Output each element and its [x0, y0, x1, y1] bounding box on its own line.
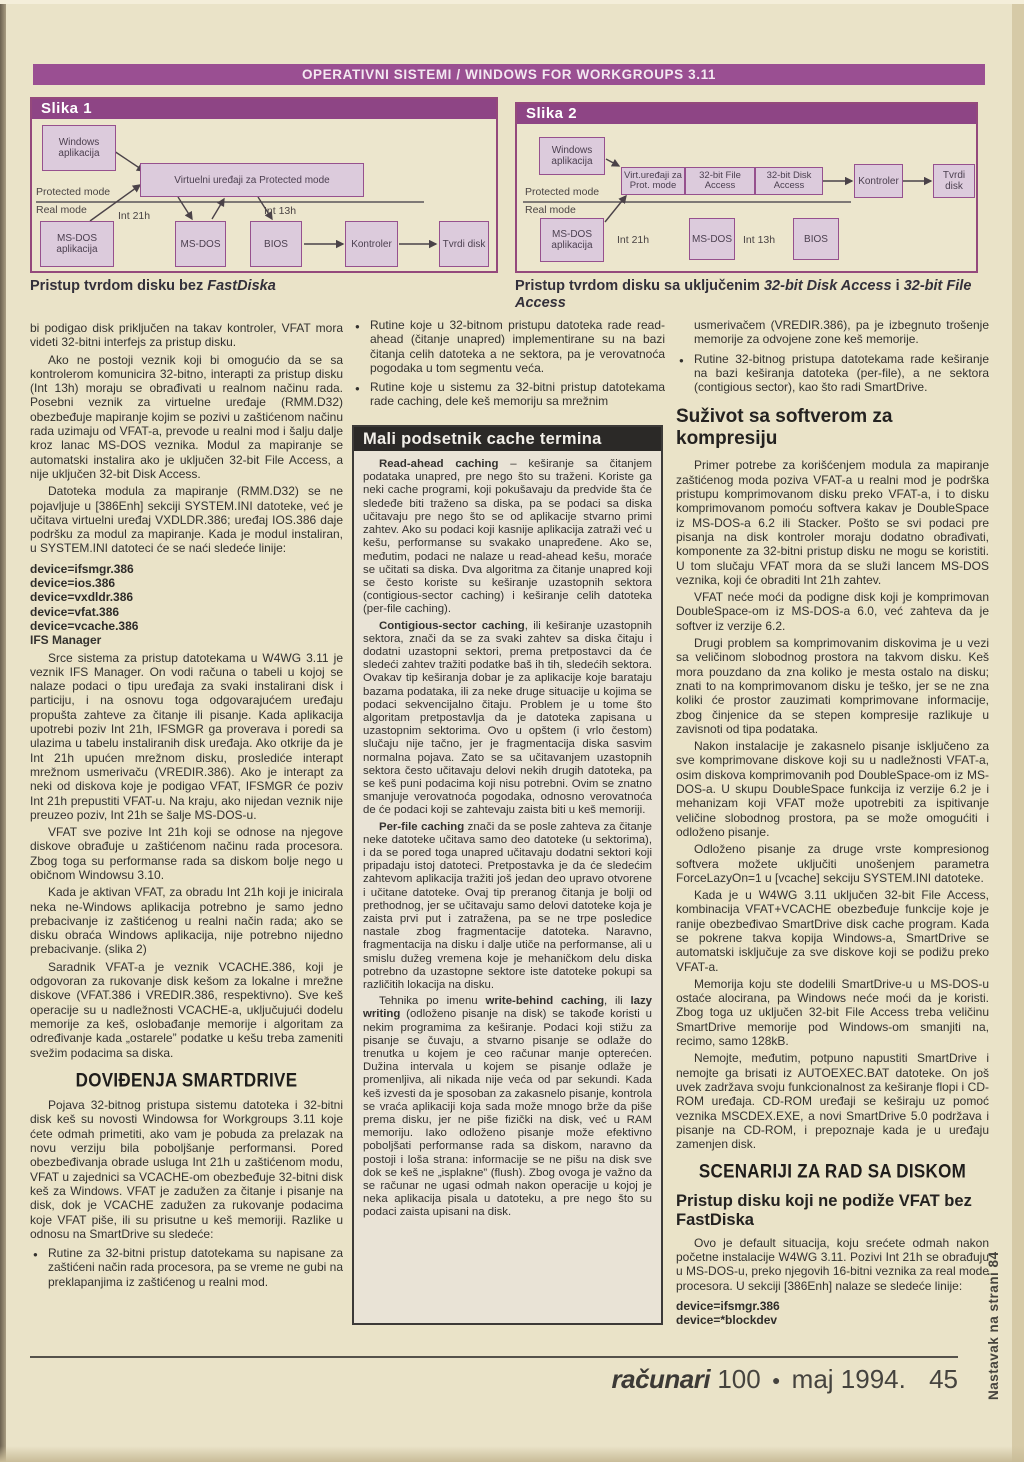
figure1-caption-text: Pristup tvrdom disku bez: [30, 278, 207, 294]
paragraph: Nemojte, međutim, potpuno napustiti Smar…: [676, 1051, 989, 1151]
figure2-caption: Pristup tvrdom disku sa uključenim 32-bi…: [515, 278, 985, 312]
term-write-behind-caching: write-behind caching: [485, 995, 604, 1007]
scan-edge-top: [0, 0, 1024, 4]
fig2-label-int13h: Int 13h: [743, 234, 775, 246]
section-title: OPERATIVNI SISTEMI / WINDOWS FOR WORKGRO…: [302, 67, 716, 82]
code-line: device=ios.386: [30, 576, 343, 590]
fig1-node-virtual-devices: Virtuelni uređaji za Protected mode: [140, 163, 364, 197]
footer-rule: [30, 1356, 958, 1358]
fig2-node-msdos: MS-DOS: [689, 218, 735, 260]
code-line: device=ifsmgr.386: [676, 1299, 989, 1313]
scan-edge-right: [1012, 0, 1024, 1462]
fig2-node-disk-access: 32-bit Disk Access: [755, 167, 823, 195]
paragraph: Kada je aktivan VFAT, za obradu Int 21h …: [30, 885, 343, 956]
fig1-node-msdos: MS-DOS: [175, 221, 226, 267]
fig2-node-hard-disk: Tvrdi disk: [933, 164, 975, 198]
paragraph: Srce sistema za pristup datotekama u W4W…: [30, 651, 343, 823]
subheading-ifs-manager: IFS Manager: [30, 633, 343, 647]
fig2-label-int21h: Int 21h: [617, 234, 649, 246]
paragraph: VFAT sve pozive Int 21h koji se odnose n…: [30, 825, 343, 882]
term-contigious-sector-caching: Contigious-sector caching: [379, 620, 525, 632]
cache-paragraph: Read-ahead caching – keširanje sa čitanj…: [363, 458, 652, 616]
fig2-node-file-access: 32-bit File Access: [685, 167, 755, 195]
code-line: device=*blockdev: [676, 1313, 989, 1327]
column-1: bi podigao disk priključen na takav kont…: [30, 318, 343, 1350]
paragraph: bi podigao disk priključen na takav kont…: [30, 321, 343, 350]
fig1-node-controller: Kontroler: [345, 221, 398, 267]
paragraph: Datoteka modula za mapiranje (RMM.D32) s…: [30, 484, 343, 555]
fig2-node-windows-app: Windows aplikacija: [539, 137, 605, 175]
scan-edge-left: [0, 0, 6, 1462]
cache-paragraph: Per-file caching znači da se posle zahte…: [363, 821, 652, 993]
issue-date: maj 1994.: [792, 1364, 906, 1394]
figure1-panel: Slika 1 Windows aplikacija Virtuelni ure…: [30, 97, 498, 273]
issue-number: 100: [717, 1364, 760, 1394]
fig2-node-virtual-devices: Virt.uređaji za Prot. mode: [621, 167, 685, 195]
bullet-continuation: usmerivačem (VREDIR.386), pa je izbegnut…: [676, 318, 989, 347]
scan-edge-bottom: [0, 1446, 1024, 1462]
cache-box-title: Mali podsetnik cache termina: [354, 427, 661, 451]
paragraph: VFAT neće moći da podigne disk koji je k…: [676, 590, 989, 633]
fig1-node-hard-disk: Tvrdi disk: [439, 221, 489, 267]
figure1-title: Slika 1: [32, 99, 496, 119]
cache-paragraph: Tehnika po imenu write-behind caching, i…: [363, 995, 652, 1219]
term-read-ahead-caching: Read-ahead caching: [379, 458, 498, 470]
paragraph: Kada je u W4WG 3.11 uključen 32-bit File…: [676, 888, 989, 974]
cache-terms-box: Mali podsetnik cache termina Read-ahead …: [352, 425, 663, 1325]
paragraph: Ovo je default situacija, koju srećete o…: [676, 1236, 989, 1293]
term-per-file-caching: Per-file caching: [379, 821, 464, 833]
bullet-item: Rutine koje u 32-bitnom pristupu datotek…: [352, 318, 665, 375]
bullet-item: Rutine za 32-bitni pristup datotekama su…: [30, 1246, 343, 1289]
section-header-bar: OPERATIVNI SISTEMI / WINDOWS FOR WORKGRO…: [33, 64, 985, 85]
magazine-name: računari: [611, 1364, 710, 1394]
code-line: device=vxdldr.386: [30, 590, 343, 604]
fig1-node-bios: BIOS: [250, 221, 302, 267]
column-2: Rutine koje u 32-bitnom pristupu datotek…: [352, 318, 665, 1350]
footer-bullet-icon: ●: [768, 1372, 784, 1388]
fig1-label-int13h: Int 13h: [264, 205, 296, 217]
fig2-label-protected-mode: Protected mode: [525, 186, 599, 198]
code-line: device=ifsmgr.386: [30, 562, 343, 576]
fig1-label-protected-mode: Protected mode: [36, 186, 110, 198]
paragraph: Primer potrebe za korišćenjem modula za …: [676, 458, 989, 587]
paragraph: Memorija koju ste dodelili SmartDrive-u …: [676, 977, 989, 1048]
footer: računari 100 ● maj 1994. 45: [30, 1364, 958, 1395]
figure2-caption-em1: 32-bit Disk Access: [764, 278, 892, 294]
subheading-pristup-disku: Pristup disku koji ne podiže VFAT bez Fa…: [676, 1192, 989, 1230]
paragraph: Saradnik VFAT-a je veznik VCACHE.386, ko…: [30, 960, 343, 1060]
heading-suzivot-kompresija: Suživot sa softverom za kompresiju: [676, 406, 989, 450]
paragraph: Ako ne postoji veznik koji bi omogućio d…: [30, 353, 343, 482]
fig2-node-controller: Kontroler: [854, 164, 903, 198]
paragraph: Odloženo pisanje za druge vrste kompresi…: [676, 842, 989, 885]
figure1-caption: Pristup tvrdom disku bez FastDiska: [30, 278, 495, 295]
figure2-title: Slika 2: [517, 104, 976, 124]
bullet-item: Rutine koje u sistemu za 32-bitni pristu…: [352, 380, 665, 409]
fig1-label-int21h: Int 21h: [118, 210, 150, 222]
fig1-node-msdos-app: MS-DOS aplikacija: [40, 221, 114, 267]
column-3: usmerivačem (VREDIR.386), pa je izbegnut…: [676, 318, 989, 1350]
code-line: device=vcache.386: [30, 619, 343, 633]
heading-dovidjenja-smartdrive: DOVIĐENJA SMARTDRIVE: [30, 1073, 343, 1089]
heading-scenariji-disk: SCENARIJI ZA RAD SA DISKOM: [676, 1164, 989, 1180]
cache-paragraph: Contigious-sector caching, ili keširanje…: [363, 620, 652, 818]
continuation-note: Nastavak na strani 84: [986, 1178, 1001, 1400]
figure2-panel: Slika 2 Windows aplikacija Virt.uređaji …: [515, 102, 978, 273]
figure1-caption-em: FastDiska: [207, 278, 276, 294]
page-number: 45: [929, 1364, 958, 1394]
figure2-caption-text: Pristup tvrdom disku sa uključenim: [515, 278, 764, 294]
fig2-node-bios: BIOS: [793, 218, 839, 260]
fig1-label-real-mode: Real mode: [36, 204, 87, 216]
fig2-label-real-mode: Real mode: [525, 204, 576, 216]
paragraph: Drugi problem sa komprimovanim diskovima…: [676, 636, 989, 736]
fig2-node-msdos-app: MS-DOS aplikacija: [540, 218, 604, 262]
fig1-node-windows-app: Windows aplikacija: [42, 125, 116, 171]
paragraph: Nakon instalacije je zakasnelo pisanje i…: [676, 739, 989, 839]
paragraph: Pojava 32-bitnog pristupa sistemu datote…: [30, 1098, 343, 1241]
bullet-item: Rutine 32-bitnog pristupa datotekama rad…: [676, 352, 989, 395]
figure2-caption-mid: i: [892, 278, 904, 294]
code-line: device=vfat.386: [30, 605, 343, 619]
